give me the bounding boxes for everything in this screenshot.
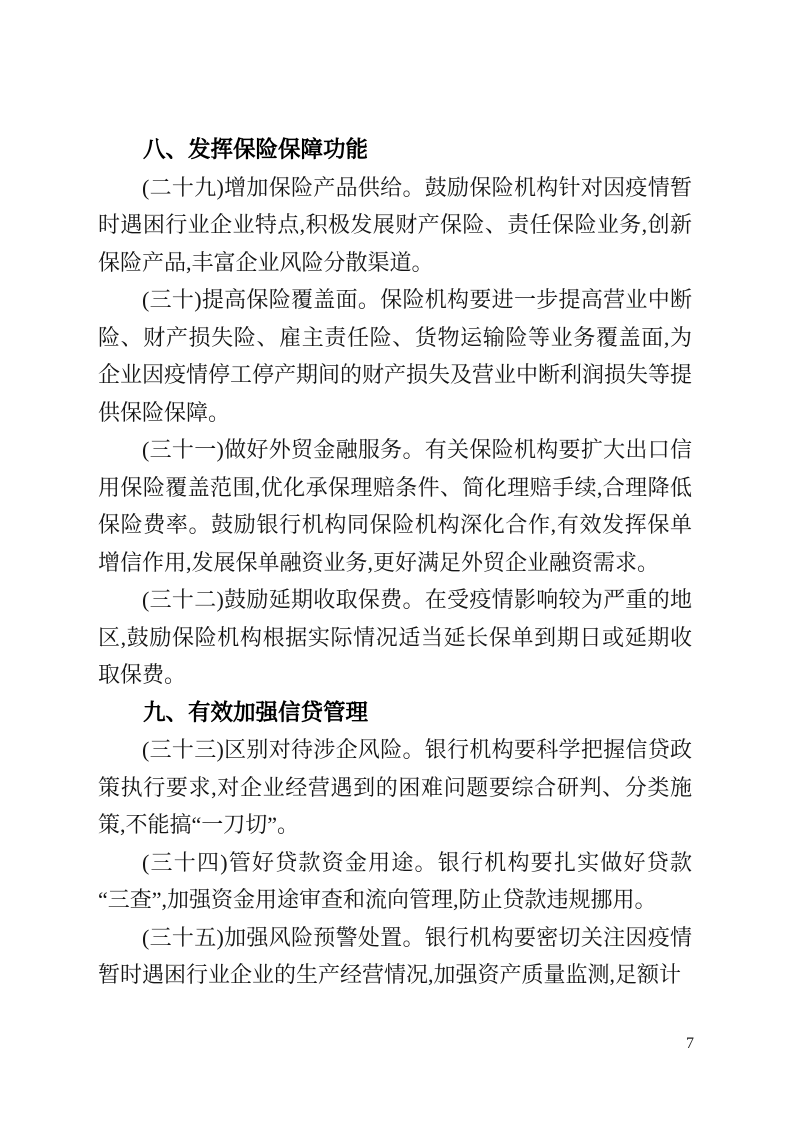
- section-9-heading: 九、有效加强信贷管理: [98, 694, 692, 732]
- clause-32-paragraph: (三十二)鼓励延期收取保费。在受疫情影响较为严重的地区,鼓励保险机构根据实际情况…: [98, 581, 692, 694]
- page-number: 7: [678, 1035, 702, 1053]
- document-page: 八、发挥保险保障功能 (二十九)增加保险产品供给。鼓励保险机构针对因疫情暂时遇困…: [0, 0, 793, 1122]
- clause-29-paragraph: (二十九)增加保险产品供给。鼓励保险机构针对因疫情暂时遇困行业企业特点,积极发展…: [98, 169, 692, 282]
- section-8-heading: 八、发挥保险保障功能: [98, 131, 692, 169]
- clause-33-paragraph: (三十三)区别对待涉企风险。银行机构要科学把握信贷政策执行要求,对企业经营遇到的…: [98, 731, 692, 844]
- clause-35-paragraph: (三十五)加强风险预警处置。银行机构要密切关注因疫情暂时遇困行业企业的生产经营情…: [98, 919, 692, 994]
- clause-34-paragraph: (三十四)管好贷款资金用途。银行机构要扎实做好贷款“三查”,加强资金用途审查和流…: [98, 844, 692, 919]
- clause-31-paragraph: (三十一)做好外贸金融服务。有关保险机构要扩大出口信用保险覆盖范围,优化承保理赔…: [98, 431, 692, 581]
- clause-30-paragraph: (三十)提高保险覆盖面。保险机构要进一步提高营业中断险、财产损失险、雇主责任险、…: [98, 281, 692, 431]
- document-body: 八、发挥保险保障功能 (二十九)增加保险产品供给。鼓励保险机构针对因疫情暂时遇困…: [98, 131, 692, 994]
